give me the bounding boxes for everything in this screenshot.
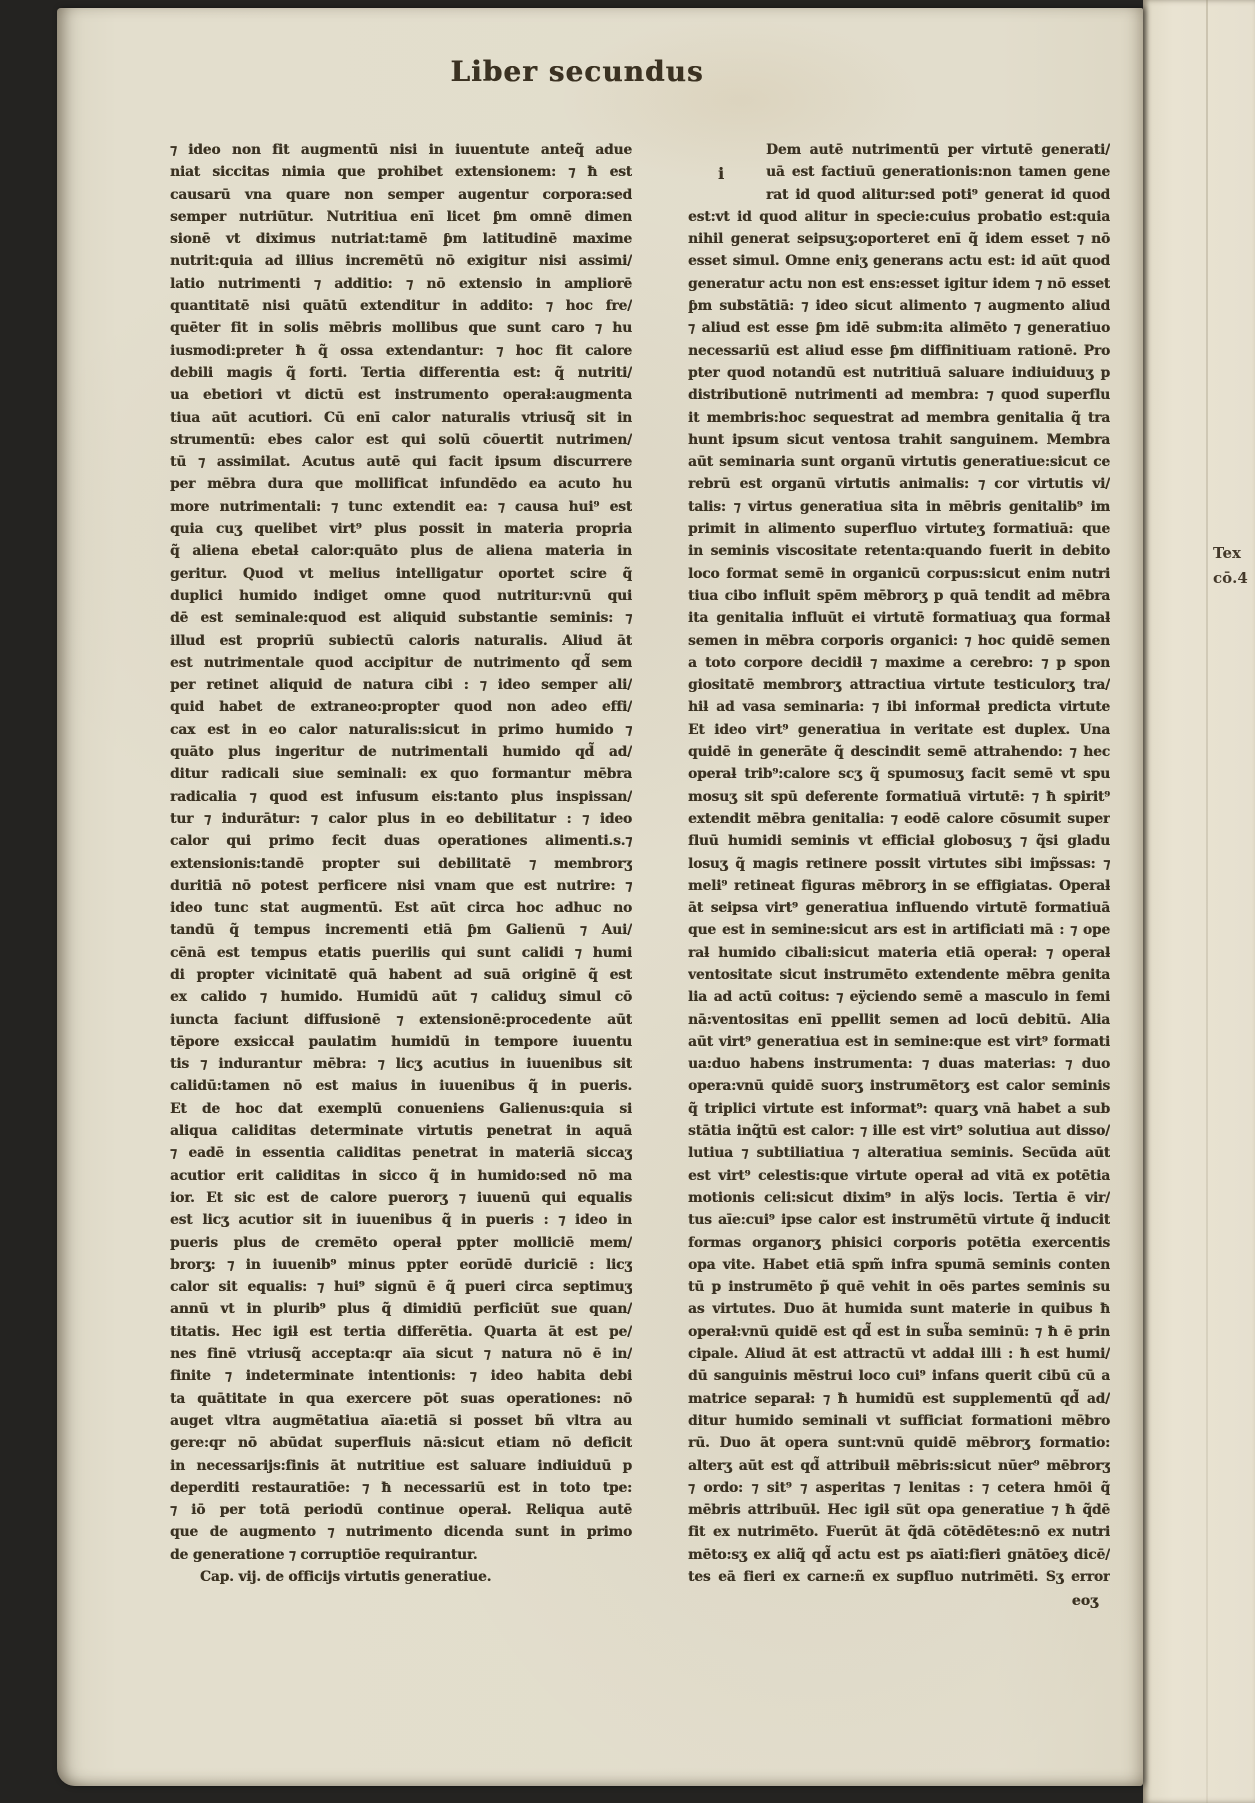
- text-line: brorʒ: ⁊ in iuuenib⁹ minus ppter eorūdē …: [170, 1254, 632, 1276]
- text-line: calor sit equalis: ⁊ hui⁹ signū ē q̃ pue…: [170, 1276, 632, 1298]
- text-line: rebrū est organū virtutis animalis: ⁊ co…: [688, 473, 1110, 495]
- text-line: formas organorʒ phisici corporis potētia…: [688, 1232, 1110, 1254]
- text-line: tus aīe:cui⁹ ipse calor est instrumētū v…: [688, 1209, 1110, 1231]
- text-line: iusmodi:preter ħ q̃ ossa extendantur: ⁊ …: [170, 340, 632, 362]
- text-line: quēter fit in solis mēbris mollibus que …: [170, 317, 632, 339]
- text-line: per mēbra dura que mollificat infundēdo …: [170, 473, 632, 495]
- text-line: radicalia ⁊ quod est infusum eis:tanto p…: [170, 786, 632, 808]
- text-line: giositatē membrorʒ attractiua virtute te…: [688, 674, 1110, 696]
- text-line: loco format semē in organicū corpus:sicu…: [688, 563, 1110, 585]
- text-line: opa vite. Habet etiā spm̃ infra spumā se…: [688, 1254, 1110, 1276]
- text-line: tandū q̃ tempus incrementi etiā ƥm Galie…: [170, 919, 632, 941]
- text-line: debili magis q̃ forti. Tertia differenti…: [170, 362, 632, 384]
- text-line: titatis. Hec igiƚ est tertia differētia.…: [170, 1321, 632, 1343]
- text-line: aūt virt⁹ generatiua est in semine:que e…: [688, 1031, 1110, 1053]
- text-line: iuncta faciunt diffusionē ⁊ extensionē:p…: [170, 1009, 632, 1031]
- text-line: Cap. vij. de officijs virtutis generatiu…: [170, 1566, 632, 1588]
- text-line: tiua cibo influit spēm mēbrorʒ p quā ten…: [688, 585, 1110, 607]
- text-line: nutrit:quia ad illius incremētū nō exigi…: [170, 250, 632, 272]
- text-line: more nutrimentali: ⁊ tunc extendit ea: ⁊…: [170, 496, 632, 518]
- text-line: est virt⁹ celestis:que virtute operaƚ ad…: [688, 1165, 1110, 1187]
- text-line: que de augmento ⁊ nutrimento dicenda sun…: [170, 1521, 632, 1543]
- text-line: duplici humido indiget omne quod nutritu…: [170, 585, 632, 607]
- margin-note-line: cō.4: [1213, 566, 1255, 591]
- text-line: mēto:sʒ ex aliq̃ qd̃ actu est ps aīati:f…: [688, 1544, 1110, 1566]
- text-line: primit in alimento superfluo virtuteʒ fo…: [688, 518, 1110, 540]
- text-line: q̃ triplici virtute est informat⁹: quarʒ…: [688, 1098, 1110, 1120]
- text-column-left: ⁊ ideo non fit augmentū nisi in iuuentut…: [170, 139, 632, 1588]
- text-line: tis ⁊ indurantur mēbra: ⁊ licʒ acutius i…: [170, 1053, 632, 1075]
- text-line: per retinet aliquid de natura cibi : ⁊ i…: [170, 674, 632, 696]
- text-line: causarū vna quare non semper augentur co…: [170, 184, 632, 206]
- running-title: Liber secundus: [57, 55, 1097, 88]
- text-line: ⁊ ordo: ⁊ sit⁹ ⁊ asperitas ⁊ lenitas : ⁊…: [688, 1477, 1110, 1499]
- text-line: ⁊ ideo non fit augmentū nisi in iuuentut…: [170, 139, 632, 161]
- text-line: nes finē vtriusq̃ accepta:qr aīa sicut ⁊…: [170, 1343, 632, 1365]
- text-line: nihil generat seipsuʒ:oporteret enī q̃ i…: [688, 228, 1110, 250]
- text-line: nā:ventositas enī ppellit semen ad locū …: [688, 1009, 1110, 1031]
- text-line: auget vltra augmētatiua aīa:etiā si poss…: [170, 1410, 632, 1432]
- text-line: dū sanguinis mēstrui loco cui⁹ infans qu…: [688, 1365, 1110, 1387]
- text-line: extendit mēbra genitalia: ⁊ eodē calore …: [688, 808, 1110, 830]
- text-line: mēbris attribuūƚ. Hec igiƚ sūt opa gener…: [688, 1499, 1110, 1521]
- text-line: quidē in generāte q̃ descindit semē attr…: [688, 741, 1110, 763]
- text-line: finite ⁊ indeterminate intentionis: ⁊ id…: [170, 1365, 632, 1387]
- text-line: aliqua caliditas determinate virtutis pe…: [170, 1120, 632, 1142]
- text-line: ex calido ⁊ humido. Humidū aūt ⁊ caliduʒ…: [170, 986, 632, 1008]
- text-line: dē est seminale:quod est aliquid substan…: [170, 607, 632, 629]
- text-line: Et ideo virt⁹ generatiua in veritate est…: [688, 719, 1110, 741]
- text-line: calidū:tamen nō est maius in iuuenibus q…: [170, 1075, 632, 1097]
- text-line: tū p instrumēto p̃ quē vehit in oēs part…: [688, 1276, 1110, 1298]
- text-line: est:vt id quod alitur in specie:cuius pr…: [688, 206, 1110, 228]
- text-line: mosuʒ sit spū deferente formatiuā virtut…: [688, 786, 1110, 808]
- text-line: ditur radicali siue seminali: ex quo for…: [170, 763, 632, 785]
- text-line: quia cuʒ quelibet virt⁹ plus possit in m…: [170, 518, 632, 540]
- text-line: cax est in eo calor naturalis:sicut in p…: [170, 719, 632, 741]
- text-line: annū vt in plurib⁹ plus q̃ dimidiū perfi…: [170, 1298, 632, 1320]
- text-line: rū. Duo āt opera sunt:vnū quidē mēbrorʒ …: [688, 1432, 1110, 1454]
- text-line: fluū humidi seminis vt efficiaƚ globosuʒ…: [688, 830, 1110, 852]
- text-line: opera:vnū quidē suorʒ instrumētorʒ est c…: [688, 1075, 1110, 1097]
- text-line: est licʒ acutior sit in iuuenibus q̃ in …: [170, 1209, 632, 1231]
- text-line: quāto plus ingeritur de nutrimentali hum…: [170, 741, 632, 763]
- text-line: hiƚ ad vasa seminaria: ⁊ ibi informaƚ pr…: [688, 696, 1110, 718]
- text-line: ƥm substātiā: ⁊ ideo sicut alimento ⁊ au…: [688, 295, 1110, 317]
- text-line: it membris:hoc sequestrat ad membra geni…: [688, 407, 1110, 429]
- text-line: sionē vt diximus nutriat:tamē ƥm latitud…: [170, 228, 632, 250]
- text-line: necessariū est aliud esse ƥm diffinitiua…: [688, 340, 1110, 362]
- text-line: losuʒ q̃ magis retinere possit virtutes …: [688, 853, 1110, 875]
- text-line: ⁊ aliud est esse ƥm idē subm:ita alimēto…: [688, 317, 1110, 339]
- text-line: lutiua ⁊ subtiliatiua ⁊ alteratiua semin…: [688, 1142, 1110, 1164]
- guide-letter: i: [718, 163, 724, 185]
- text-line: tur ⁊ indurātur: ⁊ calor plus in eo debi…: [170, 808, 632, 830]
- text-line: deperditi restauratiōe: ⁊ ħ necessariū e…: [170, 1477, 632, 1499]
- text-line: meli⁹ retineat figuras mēbrorʒ in se eff…: [688, 875, 1110, 897]
- text-line: que est in semine:sicut ars est in artif…: [688, 919, 1110, 941]
- text-line: Dem autē nutrimentū per virtutē generati…: [688, 139, 1110, 161]
- text-line: acutior erit caliditas in sicco q̃ in hu…: [170, 1165, 632, 1187]
- text-line: ua ebetiori vt dictū est instrumento ope…: [170, 384, 632, 406]
- text-line: latio nutrimenti ⁊ additio: ⁊ nō extensi…: [170, 273, 632, 295]
- text-line: operaƚ:vnū quidē est qd̃ est in sub̃a se…: [688, 1321, 1110, 1343]
- text-line: ditur humido seminali vt sufficiat forma…: [688, 1410, 1110, 1432]
- text-line: pueris plus de cremēto operaƚ ppter moll…: [170, 1232, 632, 1254]
- text-line: q̃ aliena ebetaƚ calor:quāto plus de ali…: [170, 540, 632, 562]
- text-line: motionis celi:sicut dixim⁹ in alÿs locis…: [688, 1187, 1110, 1209]
- text-line: tes eā fieri ex carne:ñ ex supfluo nutri…: [688, 1566, 1110, 1588]
- text-line: gere:qr nō abūdat superfluis nā:sicut et…: [170, 1432, 632, 1454]
- text-line: pter quod notandū est nutritiuā saluare …: [688, 362, 1110, 384]
- text-line: di propter vicinitatē quā habent ad suā …: [170, 964, 632, 986]
- text-line: ta quātitate in qua exercere pōt suas op…: [170, 1388, 632, 1410]
- page-crease: [1206, 0, 1208, 1803]
- text-column-right: i Dem autē nutrimentū per virtutē genera…: [688, 139, 1110, 1588]
- text-line: tiua aūt acutiori. Cū enī calor naturali…: [170, 407, 632, 429]
- next-page-edge: Tex cō.4: [1143, 0, 1255, 1803]
- text-line: esset simul. Omne eniʒ generans actu est…: [688, 250, 1110, 272]
- text-line: calor qui primo fecit duas operationes a…: [170, 830, 632, 852]
- text-line: de generatione ⁊ corruptiōe requirantur.: [170, 1544, 632, 1566]
- text-line: matrice separaƚ: ⁊ ħ humidū est suppleme…: [688, 1388, 1110, 1410]
- text-line: uā est factiuū generationis:non tamen ge…: [688, 161, 1110, 183]
- text-line: Et de hoc dat exemplū conueniens Galienu…: [170, 1098, 632, 1120]
- text-line: stātia inq̃tū est calor: ⁊ ille est virt…: [688, 1120, 1110, 1142]
- text-line: ideo tunc stat augmentū. Est aūt circa h…: [170, 897, 632, 919]
- text-line: duritiā nō potest perficere nisi vnam qu…: [170, 875, 632, 897]
- text-line: cipale. Aliud āt est attractū vt addaƚ i…: [688, 1343, 1110, 1365]
- scanned-book-page: Tex cō.4 Liber secundus ⁊ ideo non fit a…: [0, 0, 1255, 1803]
- text-line: cēnā est tempus etatis puerilis qui sunt…: [170, 942, 632, 964]
- margin-note-line: Tex: [1213, 541, 1255, 566]
- text-line: generatur actu non est ens:esset igitur …: [688, 273, 1110, 295]
- text-line: tū ⁊ assimilat. Acutus autē qui facit ip…: [170, 451, 632, 473]
- text-line: ventositate sicut instrumēto extendente …: [688, 964, 1110, 986]
- text-line: raƚ humido cibali:sicut materia etiā ope…: [688, 942, 1110, 964]
- text-line: in seminis viscositate retenta:quando fu…: [688, 540, 1110, 562]
- text-line: ior. Et sic est de calore puerorʒ ⁊ iuue…: [170, 1187, 632, 1209]
- text-line: ⁊ eadē in essentia caliditas penetrat in…: [170, 1142, 632, 1164]
- text-line: āt seipsa virt⁹ generatiua influendo vir…: [688, 897, 1110, 919]
- text-line: aūt seminaria sunt organū virtutis gener…: [688, 451, 1110, 473]
- text-line: in necessarijs:finis āt nutritiue est sa…: [170, 1455, 632, 1477]
- text-line: as virtutes. Duo āt humida sunt materie …: [688, 1298, 1110, 1320]
- text-line: operaƚ trib⁹:calore scʒ q̃ spumosuʒ faci…: [688, 763, 1110, 785]
- text-line: tēpore exsiccaƚ paulatim humidū in tempo…: [170, 1031, 632, 1053]
- text-line: a toto corpore decidiƚ ⁊ maxime a cerebr…: [688, 652, 1110, 674]
- text-line: fit ex nutrimēto. Fuerūt āt q̃dā cōtēdēt…: [688, 1521, 1110, 1543]
- text-line: hunt ipsum sicut ventosa trahit sanguine…: [688, 429, 1110, 451]
- text-line: lia ad actū coitus: ⁊ eÿciendo semē a ma…: [688, 986, 1110, 1008]
- text-line: geritur. Quod vt melius intelligatur opo…: [170, 563, 632, 585]
- text-line: strumentū: ebes calor est qui solū cōuer…: [170, 429, 632, 451]
- text-line: quantitatē nisi quātū extenditur in addi…: [170, 295, 632, 317]
- catchword: eoʒ: [688, 1593, 1110, 1609]
- text-line: ⁊ iō per totā periodū continue operaƚ. R…: [170, 1499, 632, 1521]
- text-line: quid habet de extraneo:propter quod non …: [170, 696, 632, 718]
- book-page: Liber secundus ⁊ ideo non fit augmentū n…: [57, 8, 1143, 1786]
- text-line: ua:duo habens instrumenta: ⁊ duas materi…: [688, 1053, 1110, 1075]
- text-line: ita genitalia influūt ei virtutē formati…: [688, 607, 1110, 629]
- text-line: talis: ⁊ virtus generatiua sita in mēbri…: [688, 496, 1110, 518]
- text-line: est nutrimentale quod accipitur de nutri…: [170, 652, 632, 674]
- text-line: extensionis:tandē propter sui debilitatē…: [170, 853, 632, 875]
- text-line: illud est propriū subiectū caloris natur…: [170, 630, 632, 652]
- text-line: distributionē nutrimenti ad membra: ⁊ qu…: [688, 384, 1110, 406]
- margin-note: Tex cō.4: [1213, 541, 1255, 591]
- text-line: rat id quod alitur:sed poti⁹ generat id …: [688, 184, 1110, 206]
- text-line: semper nutriūtur. Nutritiua enī licet ƥm…: [170, 206, 632, 228]
- text-line: niat siccitas nimia que prohibet extensi…: [170, 161, 632, 183]
- text-line: alterʒ aūt est qd̃ attribuiƚ mēbris:sicu…: [688, 1455, 1110, 1477]
- text-line: semen in mēbra corporis organici: ⁊ hoc …: [688, 630, 1110, 652]
